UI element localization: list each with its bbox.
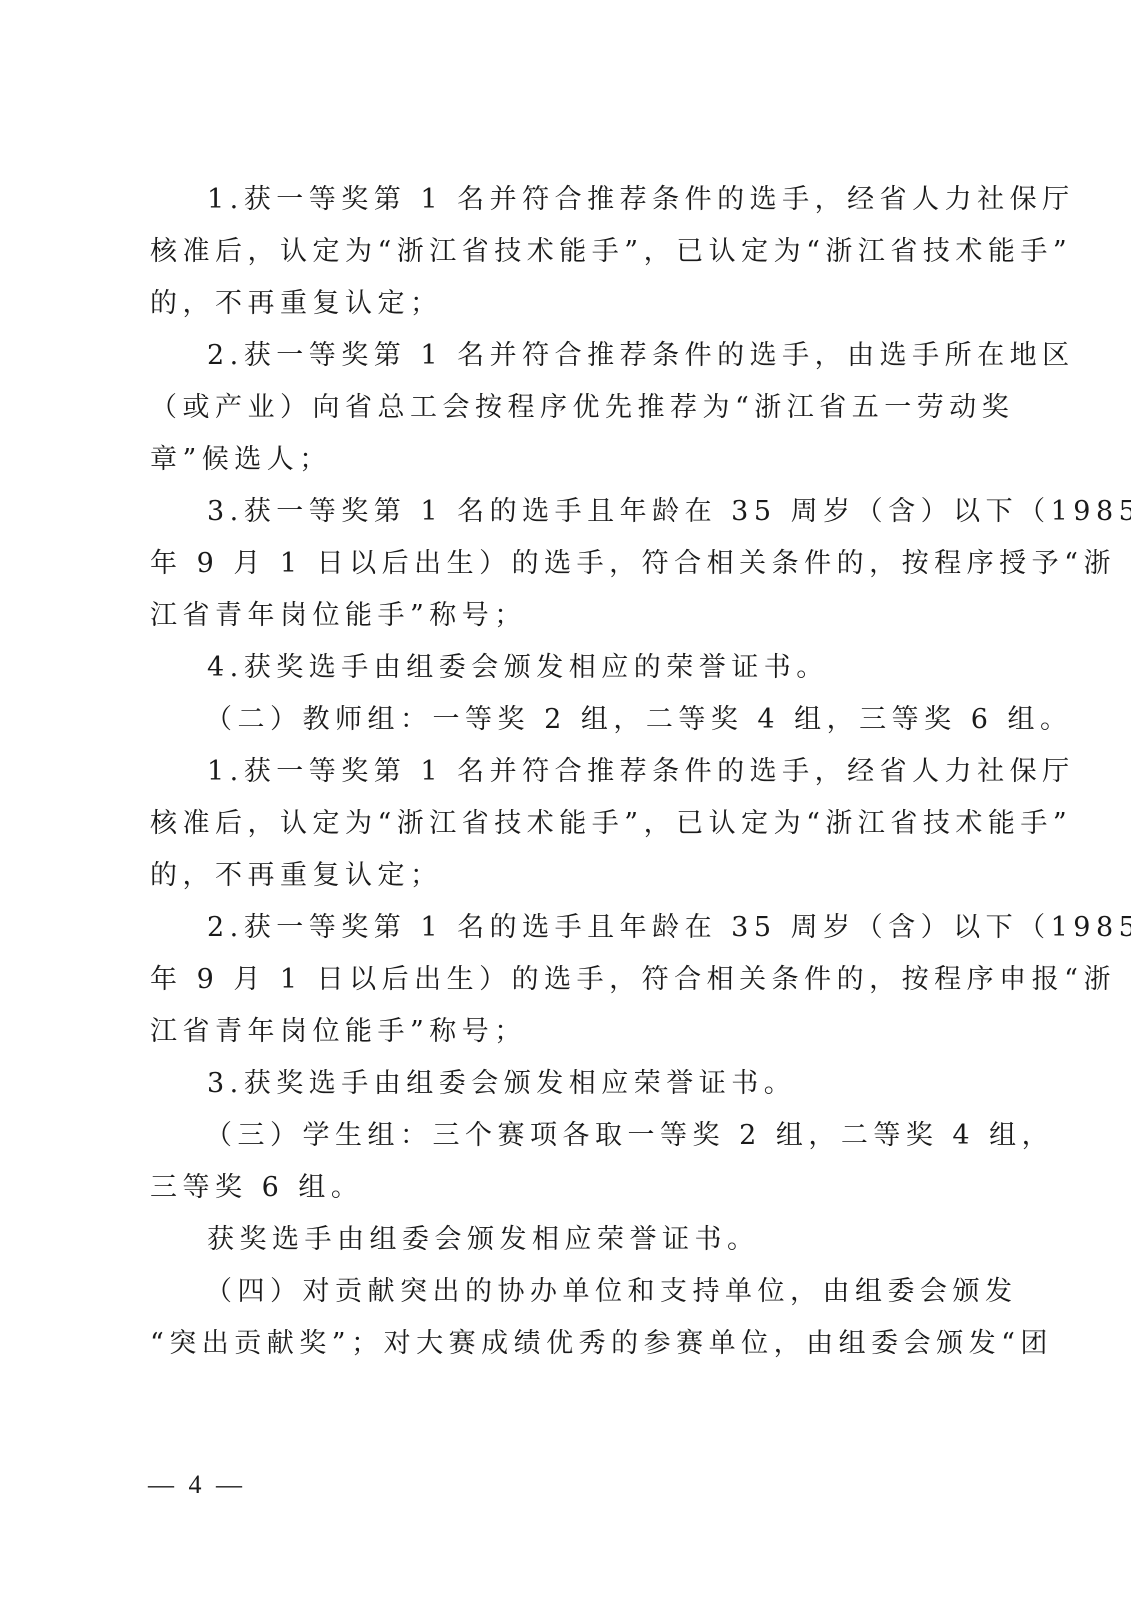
paragraph-1-line-2: 核准后，认定为“浙江省技术能手”，已认定为“浙江省技术能手” bbox=[150, 234, 970, 270]
section-heading-contribution-line-2: “突出贡献奖”；对大赛成绩优秀的参赛单位，由组委会颁发“团 bbox=[150, 1326, 970, 1362]
section-heading-student-group-line-1: （三）学生组：三个赛项各取一等奖 2 组，二等奖 4 组， bbox=[205, 1118, 970, 1154]
paragraph-4-line-1: 4.获奖选手由组委会颁发相应的荣誉证书。 bbox=[207, 650, 970, 686]
paragraph-10-line-1: 获奖选手由组委会颁发相应荣誉证书。 bbox=[207, 1222, 970, 1258]
paragraph-1-line-3: 的，不再重复认定； bbox=[150, 286, 970, 322]
page-number: — 4 — bbox=[148, 1470, 246, 1500]
paragraph-3-line-1: 3.获一等奖第 1 名的选手且年龄在 35 周岁（含）以下（1985 bbox=[207, 494, 970, 530]
section-heading-contribution-line-1: （四）对贡献突出的协办单位和支持单位，由组委会颁发 bbox=[205, 1274, 970, 1310]
paragraph-6-line-2: 核准后，认定为“浙江省技术能手”，已认定为“浙江省技术能手” bbox=[150, 806, 970, 842]
paragraph-7-line-2: 年 9 月 1 日以后出生）的选手，符合相关条件的，按程序申报“浙 bbox=[150, 962, 970, 998]
section-heading-student-group-line-2: 三等奖 6 组。 bbox=[150, 1170, 970, 1206]
paragraph-1-line-1: 1.获一等奖第 1 名并符合推荐条件的选手，经省人力社保厅 bbox=[207, 182, 970, 218]
paragraph-2-line-1: 2.获一等奖第 1 名并符合推荐条件的选手，由选手所在地区 bbox=[207, 338, 970, 374]
paragraph-3-line-2: 年 9 月 1 日以后出生）的选手，符合相关条件的，按程序授予“浙 bbox=[150, 546, 970, 582]
paragraph-7-line-3: 江省青年岗位能手”称号； bbox=[150, 1014, 970, 1050]
paragraph-2-line-3: 章”候选人； bbox=[150, 442, 970, 478]
paragraph-8-line-1: 3.获奖选手由组委会颁发相应荣誉证书。 bbox=[207, 1066, 970, 1102]
section-heading-teacher-group: （二）教师组：一等奖 2 组，二等奖 4 组，三等奖 6 组。 bbox=[205, 702, 970, 738]
paragraph-6-line-1: 1.获一等奖第 1 名并符合推荐条件的选手，经省人力社保厅 bbox=[207, 754, 970, 790]
paragraph-2-line-2: （或产业）向省总工会按程序优先推荐为“浙江省五一劳动奖 bbox=[150, 390, 970, 426]
paragraph-3-line-3: 江省青年岗位能手”称号； bbox=[150, 598, 970, 634]
paragraph-6-line-3: 的，不再重复认定； bbox=[150, 858, 970, 894]
paragraph-7-line-1: 2.获一等奖第 1 名的选手且年龄在 35 周岁（含）以下（1985 bbox=[207, 910, 970, 946]
document-page: 1.获一等奖第 1 名并符合推荐条件的选手，经省人力社保厅 核准后，认定为“浙江… bbox=[0, 0, 1131, 1600]
